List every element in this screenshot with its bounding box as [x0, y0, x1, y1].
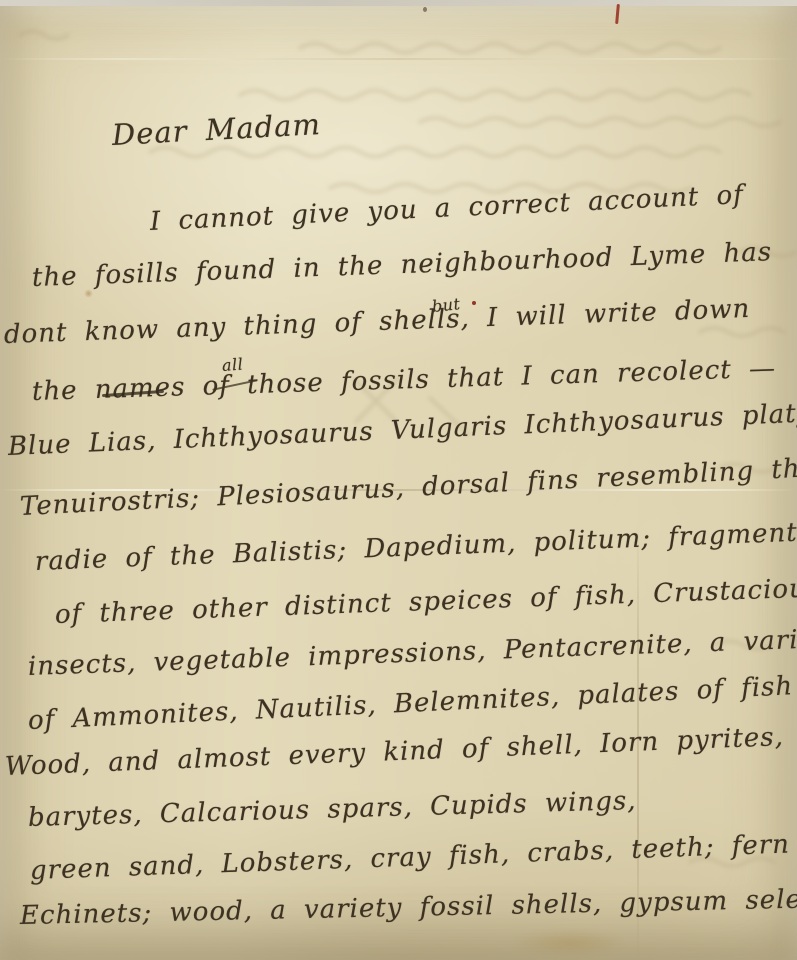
- inserted-word: but: [431, 294, 461, 316]
- inserted-word: all: [221, 355, 244, 375]
- ink-speck: [423, 7, 427, 12]
- paper-stain: [515, 930, 625, 956]
- fold-crease: [0, 58, 797, 60]
- scan-edge: [0, 0, 797, 6]
- letter-scan: Dear Madam I cannot give you a correct a…: [0, 0, 797, 960]
